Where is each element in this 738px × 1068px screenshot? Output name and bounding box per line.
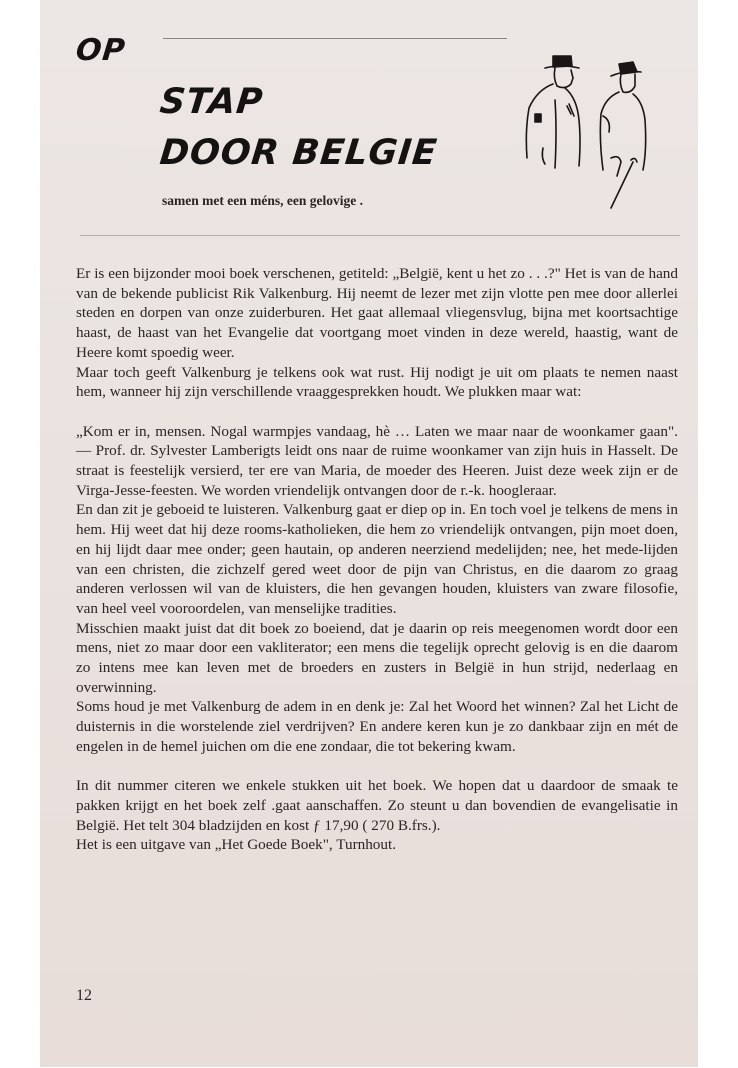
paragraph: Er is een bijzonder mooi boek verschenen… <box>76 264 678 363</box>
paragraph: Maar toch geeft Valkenburg je telkens oo… <box>76 363 678 402</box>
title-op: OP <box>74 33 127 68</box>
paragraph: En dan zit je geboeid te luisteren. Valk… <box>76 500 678 618</box>
article-body: Er is een bijzonder mooi boek verschenen… <box>76 264 678 855</box>
paragraph: In dit nummer citeren we enkele stukken … <box>76 776 678 835</box>
page-number: 12 <box>76 987 92 1005</box>
top-rule <box>163 38 507 39</box>
section-divider <box>80 235 680 236</box>
paragraph: Soms houd je met Valkenburg de adem in e… <box>76 697 678 756</box>
two-men-sketch-icon <box>515 40 655 215</box>
paragraph: „Kom er in, mensen. Nogal warmpjes vanda… <box>76 422 678 501</box>
paragraph: Het is een uitgave van „Het Goede Boek",… <box>76 835 678 855</box>
title-stap: STAP <box>158 82 265 122</box>
paragraph: Misschien maakt juist dat dit boek zo bo… <box>76 619 678 698</box>
subtitle: samen met een méns, een gelovige . <box>162 193 363 209</box>
title-door-belgie: DOOR BELGIE <box>158 133 439 173</box>
